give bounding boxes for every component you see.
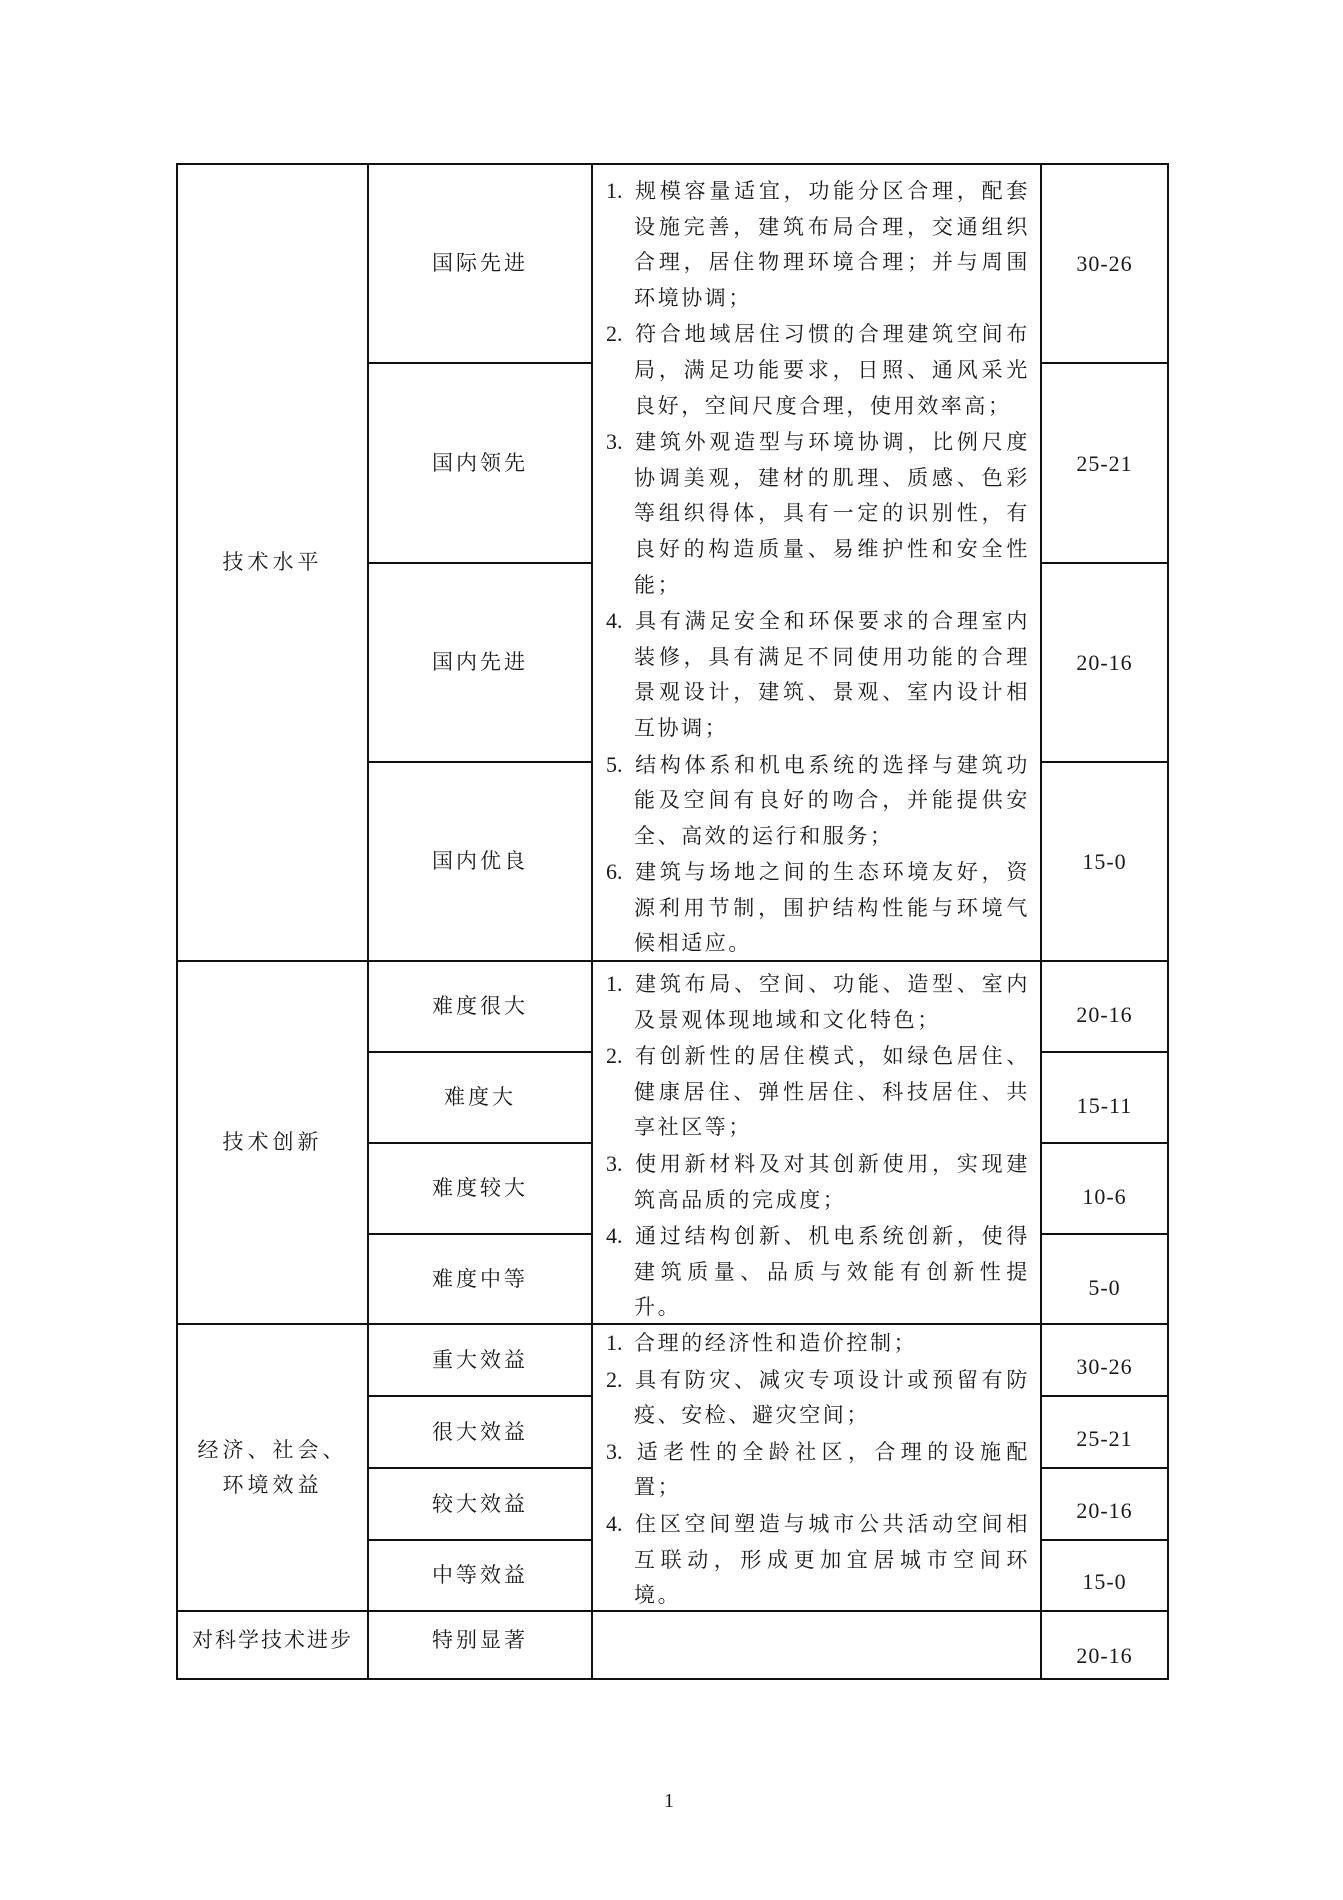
level-label: 难度大: [369, 1053, 591, 1142]
level-label: 中等效益: [369, 1541, 591, 1610]
category-technical-level: 技术水平: [178, 165, 367, 960]
table-border-bottom: [176, 1678, 1168, 1680]
category-technical-innovation: 技术创新: [178, 962, 367, 1323]
criterion-item: 2.有创新性的居住模式，如绿色居住、健康居住、弹性居住、科技居住、共享社区等；: [606, 1038, 1030, 1146]
criterion-item: 1.规模容量适宜，功能分区合理，配套设施完善，建筑布局合理，交通组织合理，居住物…: [606, 173, 1030, 316]
score-range: 20-16: [1042, 978, 1167, 1051]
level-label: 国内先进: [369, 564, 591, 761]
level-label: 很大效益: [369, 1397, 591, 1467]
level-label: 国内优良: [369, 763, 591, 960]
score-range: 25-21: [1042, 1409, 1167, 1467]
category-economic-social-environmental-benefit: 经济、社会、环境效益: [190, 1325, 355, 1610]
level-label: 特别显著: [369, 1612, 591, 1668]
level-label: 国际先进: [369, 165, 591, 362]
criteria-list: 1.建筑布局、空间、功能、造型、室内及景观体现地域和文化特色； 2.有创新性的居…: [606, 966, 1030, 1326]
level-label: 国内领先: [369, 364, 591, 562]
score-range: 15-11: [1042, 1069, 1167, 1142]
evaluation-table: 技术水平 国际先进 国内领先 国内先进 国内优良 1.规模容量适宜，功能分区合理…: [176, 163, 1168, 1679]
table-border-right: [1167, 163, 1169, 1680]
score-range: 30-26: [1042, 1337, 1167, 1395]
row-divider: [1040, 1539, 1168, 1541]
row-divider: [1040, 1233, 1168, 1235]
page-number: 1: [664, 1790, 674, 1813]
row-divider: [1040, 1142, 1168, 1144]
criterion-item: 1.建筑布局、空间、功能、造型、室内及景观体现地域和文化特色；: [606, 966, 1030, 1038]
score-range: 20-16: [1042, 1632, 1167, 1678]
row-divider: [1040, 1051, 1168, 1053]
criterion-item: 1.合理的经济性和造价控制；: [606, 1325, 1030, 1362]
criterion-item: 4.住区空间塑造与城市公共活动空间相互联动，形成更加宜居城市空间环境。: [606, 1506, 1030, 1614]
level-label: 难度较大: [369, 1144, 591, 1233]
criteria-list: 1.合理的经济性和造价控制； 2.具有防灾、减灾专项设计或预留有防疫、安检、避灾…: [606, 1325, 1030, 1614]
level-label: 重大效益: [369, 1325, 591, 1395]
score-range: 15-0: [1042, 1553, 1167, 1610]
score-range: 20-16: [1042, 1481, 1167, 1539]
score-range: 20-16: [1042, 564, 1167, 761]
criterion-item: 6.建筑与场地之间的生态环境友好，资源利用节制，围护结构性能与环境气候相适应。: [606, 854, 1030, 962]
score-range: 25-21: [1042, 364, 1167, 562]
row-divider: [1040, 1467, 1168, 1469]
criterion-item: 3.使用新材料及对其创新使用，实现建筑高品质的完成度；: [606, 1146, 1030, 1218]
criterion-item: 2.具有防灾、减灾专项设计或预留有防疫、安检、避灾空间；: [606, 1362, 1030, 1434]
level-label: 较大效益: [369, 1469, 591, 1539]
score-range: 30-26: [1042, 165, 1167, 362]
category-sci-tech-progress: 对科学技术进步: [178, 1612, 367, 1668]
criteria-list: 1.规模容量适宜，功能分区合理，配套设施完善，建筑布局合理，交通组织合理，居住物…: [606, 173, 1030, 962]
score-range: 15-0: [1042, 763, 1167, 960]
level-label: 难度中等: [369, 1235, 591, 1323]
criterion-item: 3.建筑外观造型与环境协调，比例尺度协调美观，建材的肌理、质感、色彩等组织得体，…: [606, 424, 1030, 603]
criterion-item: 4.具有满足安全和环保要求的合理室内装修，具有满足不同使用功能的合理景观设计，建…: [606, 603, 1030, 746]
criterion-item: 2.符合地域居住习惯的合理建筑空间布局，满足功能要求，日照、通风采光良好，空间尺…: [606, 316, 1030, 424]
score-range: 10-6: [1042, 1160, 1167, 1233]
criteria-empty: [593, 1612, 1040, 1678]
criterion-item: 3.适老性的全龄社区，合理的设施配置；: [606, 1434, 1030, 1506]
criterion-item: 4.通过结构创新、机电系统创新，使得建筑质量、品质与效能有创新性提升。: [606, 1218, 1030, 1326]
level-label: 难度很大: [369, 962, 591, 1051]
col-divider-2: [591, 163, 593, 1680]
criterion-item: 5.结构体系和机电系统的选择与建筑功能及空间有良好的吻合，并能提供安全、高效的运…: [606, 747, 1030, 855]
score-range: 5-0: [1042, 1251, 1167, 1323]
row-divider: [1040, 1395, 1168, 1397]
